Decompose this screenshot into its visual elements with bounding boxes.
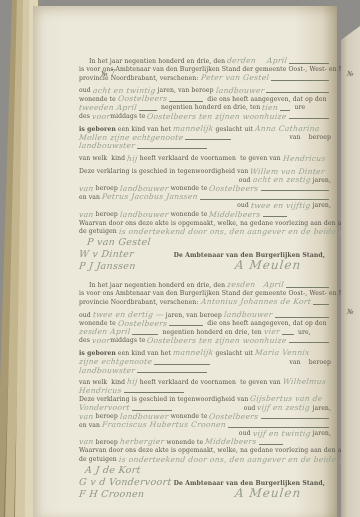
printed-text: oud <box>237 203 251 209</box>
handwritten-entry: Gijsbertus van de <box>250 395 323 403</box>
handwritten-entry: Maria Vennix <box>255 349 310 357</box>
printed-text: In het jaar negentien honderd en drie, d… <box>89 283 227 289</box>
blank-rule <box>200 198 329 200</box>
handwritten-entry: Petrus Jacobus Janssen <box>102 193 199 201</box>
handwritten-entry: tweeden April <box>79 104 138 112</box>
handwritten-entry: vier <box>263 328 280 336</box>
signature: P J Janssen <box>79 262 137 272</box>
handwritten-entry: Antonius Johannes de Kort <box>200 298 311 306</box>
act-line: landbouwster <box>79 366 331 375</box>
printed-text: van beroep <box>289 135 331 141</box>
act-line: is geboren een kind van het mannelijk ge… <box>79 124 331 133</box>
blank-rule <box>282 333 294 335</box>
act-line: en van Petrus Jacobus Janssen <box>79 192 331 201</box>
blank-rule <box>289 62 329 64</box>
handwritten-entry: is onderteekend door ons, den aangever e… <box>118 456 360 464</box>
handwritten-entry: herbergier <box>119 438 164 446</box>
blank-rule <box>154 363 210 365</box>
handwritten-entry: hij <box>127 378 138 386</box>
printed-text: oud <box>244 406 258 412</box>
act-line: des voormiddags te Oostelbeers ten zijne… <box>79 336 331 345</box>
blank-rule <box>228 426 329 428</box>
printed-text: provincie Noordbrabant, verschenen: <box>79 76 201 82</box>
facing-page-no-label: № <box>347 308 354 316</box>
blank-rule <box>132 333 158 335</box>
blank-rule <box>266 91 329 93</box>
handwritten-entry: mannelijk <box>173 125 214 133</box>
blank-rule <box>280 109 290 111</box>
printed-text: en van <box>79 423 102 429</box>
printed-text: oud <box>239 178 253 184</box>
handwritten-entry: mannelijk <box>173 349 214 357</box>
printed-text: van beroep <box>289 360 331 366</box>
act-line: Vondervoortoud vijf en zestig jaren, <box>79 403 331 412</box>
printed-text: heeft verklaard de voornamen te geven va… <box>138 380 283 386</box>
printed-text: middags te <box>110 114 147 120</box>
handwritten-entry: Oostelbeers ten zijnen woonhuize <box>147 113 287 121</box>
act-line: wonende te Oostelbeers die ons heeft aan… <box>79 319 331 328</box>
handwritten-entry: landbouwer <box>119 211 168 219</box>
handwritten-entry: zesden April <box>227 281 285 289</box>
handwritten-entry: Peter van Gestel <box>200 74 269 82</box>
handwritten-entry: Wilhelmus <box>282 378 326 386</box>
handwritten-entry: voor <box>92 113 111 121</box>
blank-rule <box>139 109 157 111</box>
act-line: A J de Kort <box>79 463 331 475</box>
printed-text: en van <box>79 195 102 201</box>
printed-text: middags te <box>110 338 147 344</box>
handwritten-entry: van <box>79 438 94 446</box>
printed-text: jaren, <box>310 203 331 209</box>
printed-text: heeft verklaard de voornamen te geven va… <box>138 156 283 162</box>
facing-page-edge: № № <box>341 26 360 517</box>
handwritten-entry: hij <box>127 155 138 163</box>
printed-text: ure, <box>296 330 311 336</box>
printed-text: Waarvan door ons deze akte is opgemaakt,… <box>79 221 360 227</box>
printed-text: negentien honderd en drie, ten <box>160 330 263 336</box>
act-line: P J JanssenA Meulen <box>79 259 331 271</box>
handwritten-entry: is onderteekend door ons, den aangever e… <box>118 228 360 236</box>
blank-rule <box>313 303 329 305</box>
handwritten-entry: zijne echtgenoote <box>79 358 153 366</box>
blank-rule <box>185 138 231 140</box>
printed-text: oud <box>79 88 93 94</box>
handwritten-entry: Hendricus <box>79 387 122 395</box>
printed-text: ure <box>292 105 305 111</box>
act-line: de getuigen is onderteekend door ons, de… <box>79 227 331 236</box>
act-line: F H CroonenA Meulen <box>79 487 331 499</box>
blank-rule <box>289 341 329 343</box>
signature: F H Croonen <box>79 490 145 500</box>
act-line: is geboren een kind van het mannelijk ge… <box>79 348 331 357</box>
act-line: Waarvan door ons deze akte is opgemaakt,… <box>79 446 331 455</box>
registrar-signature: A Meulen <box>234 487 302 499</box>
printed-text: van welk kind <box>79 380 127 386</box>
printed-text: van welk kind <box>79 156 127 162</box>
act-line: en van Franciscus Hubertus Croonen <box>79 420 331 429</box>
handwritten-entry: twee en dertig — <box>92 311 164 319</box>
handwritten-entry: landbouwer <box>223 311 272 319</box>
handwritten-entry: Middelbeers <box>209 211 261 219</box>
handwritten-entry: Franciscus Hubertus Croonen <box>102 421 227 429</box>
facing-page-no-label: № <box>347 70 354 78</box>
printed-text: een kind van het <box>116 127 173 133</box>
handwritten-entry: Vondervoort <box>79 404 130 412</box>
printed-text: des <box>79 114 92 120</box>
act-line: Deze verklaring is geschied in tegenwoor… <box>79 394 331 403</box>
register-page: № 7 In het jaar negentien honderd en dri… <box>33 6 337 517</box>
handwritten-entry: Oostelbeers ten zijnen woonhuize <box>147 337 287 345</box>
printed-text: Deze verklaring is geschied in tegenwoor… <box>79 169 250 175</box>
handwritten-entry: zesden April <box>79 328 131 336</box>
handwritten-entry: van <box>79 185 94 193</box>
act-line: tweeden April negentien honderd en drie,… <box>79 103 331 112</box>
printed-text: jaren, <box>310 178 331 184</box>
handwritten-entry: voor <box>92 337 111 345</box>
printed-text: geslacht uit <box>213 351 255 357</box>
blank-rule <box>137 147 207 149</box>
blank-rule <box>261 189 329 191</box>
signature: A J de Kort <box>85 466 142 476</box>
act-line: wonende te Oostelbeers die ons heeft aan… <box>79 94 331 103</box>
act-line: P van Gestel <box>79 235 331 247</box>
handwritten-entry: Oostelbeers <box>209 185 259 193</box>
act-line: oud twee en vijftig jaren, <box>79 201 331 210</box>
birth-act-2: In het jaar negentien honderd en drie, d… <box>79 280 331 499</box>
handwritten-entry: vijf en twintig <box>252 430 311 438</box>
act-line: is voor ons Ambtenaar van den Burgerlijk… <box>79 65 331 74</box>
printed-text: provincie Noordbrabant, verschenen: <box>79 300 201 306</box>
blank-rule <box>169 324 203 326</box>
act-line: In het jaar negentien honderd en drie, d… <box>79 56 331 65</box>
act-line: de getuigen is onderteekend door ons, de… <box>79 455 331 464</box>
book-photo: { "margin": { "no_label": "№", "act_numb… <box>0 0 360 517</box>
birth-act-1: In het jaar negentien honderd en drie, d… <box>79 56 331 271</box>
act-line: oud acht en twintig jaren, van beroep la… <box>79 86 331 95</box>
printed-text: beroep <box>94 440 120 446</box>
printed-text: wonende te <box>169 212 210 218</box>
blank-rule <box>259 443 283 445</box>
handwritten-entry: acht en zestig <box>252 176 311 184</box>
handwritten-entry: van <box>79 211 94 219</box>
handwritten-entry: landbouwer <box>215 87 264 95</box>
handwritten-entry: landbouwster <box>79 142 136 150</box>
act-line: In het jaar negentien honderd en drie, d… <box>79 280 331 289</box>
act-line: van welk kind hij heeft verklaard de voo… <box>79 154 331 163</box>
acts-content: In het jaar negentien honderd en drie, d… <box>79 56 331 499</box>
handwritten-entry: Anna Catharina <box>255 125 321 133</box>
act-line: oud twee en dertig — jaren, van beroep l… <box>79 310 331 319</box>
handwritten-entry: twee en vijftig <box>251 202 311 210</box>
handwritten-entry: vijf en zestig <box>257 404 311 412</box>
blank-rule <box>289 117 329 119</box>
blank-rule <box>261 417 329 419</box>
printed-text: is geboren <box>79 127 116 133</box>
printed-text: de getuigen <box>79 229 119 235</box>
act-line: Deze verklaring is geschied in tegenwoor… <box>79 167 331 176</box>
blank-rule <box>286 286 329 288</box>
act-line: zesden April negentien honderd en drie, … <box>79 327 331 336</box>
act-line: provincie Noordbrabant, verschenen: Anto… <box>79 297 331 306</box>
signature: W v Dinter <box>79 250 135 260</box>
handwritten-entry: Hendricus <box>282 155 325 163</box>
act-line: van welk kind hij heeft verklaard de voo… <box>79 377 331 386</box>
printed-text: des <box>79 338 92 344</box>
printed-text: In het jaar negentien honderd en drie, d… <box>89 59 227 65</box>
handwritten-entry: derden April <box>227 57 288 65</box>
act-line: zijne echtgenootevan beroep <box>79 357 331 366</box>
act-line: van beroep landbouwer wonende te Oostelb… <box>79 412 331 421</box>
blank-rule <box>263 215 287 217</box>
handwritten-entry: tien <box>262 104 279 112</box>
printed-text: de getuigen <box>79 457 119 463</box>
printed-text: oud <box>79 313 93 319</box>
handwritten-entry: Willem van Dinter <box>250 168 326 176</box>
printed-text: negentien honderd en drie, ten <box>159 105 262 111</box>
act-line: provincie Noordbrabant, verschenen: Pete… <box>79 73 331 82</box>
act-line: oud acht en zestig jaren, <box>79 175 331 184</box>
handwritten-entry: Oostelbeers <box>117 95 167 103</box>
signature: P van Gestel <box>87 238 152 248</box>
printed-text: jaren, <box>310 431 331 437</box>
printed-text: beroep <box>94 212 120 218</box>
printed-text: geslacht uit <box>213 127 255 133</box>
blank-rule <box>169 100 203 102</box>
registrar-signature: A Meulen <box>234 259 302 271</box>
handwritten-entry: Middelbeers <box>205 438 257 446</box>
blank-rule <box>132 409 172 411</box>
blank-rule <box>137 371 207 373</box>
printed-text: jaren, <box>310 406 331 412</box>
act-line: van beroep landbouwer wonende te Middelb… <box>79 210 331 219</box>
act-line: van beroep herbergier wonende te Middelb… <box>79 437 331 446</box>
printed-text: wonende te <box>164 440 205 446</box>
act-line: des voormiddags te Oostelbeers ten zijne… <box>79 112 331 121</box>
handwritten-entry: van <box>79 413 94 421</box>
handwritten-entry: landbouwster <box>79 367 136 375</box>
printed-text: Waarvan door ons deze akte is opgemaakt,… <box>79 448 360 454</box>
printed-text: jaren, van beroep <box>164 313 224 319</box>
blank-rule <box>271 79 329 81</box>
signature: G v d Vondervoort <box>79 478 172 488</box>
act-line: landbouwster <box>79 141 331 150</box>
act-line: Waarvan door ons deze akte is opgemaakt,… <box>79 218 331 227</box>
blank-rule <box>124 391 184 393</box>
blank-rule <box>275 316 329 318</box>
